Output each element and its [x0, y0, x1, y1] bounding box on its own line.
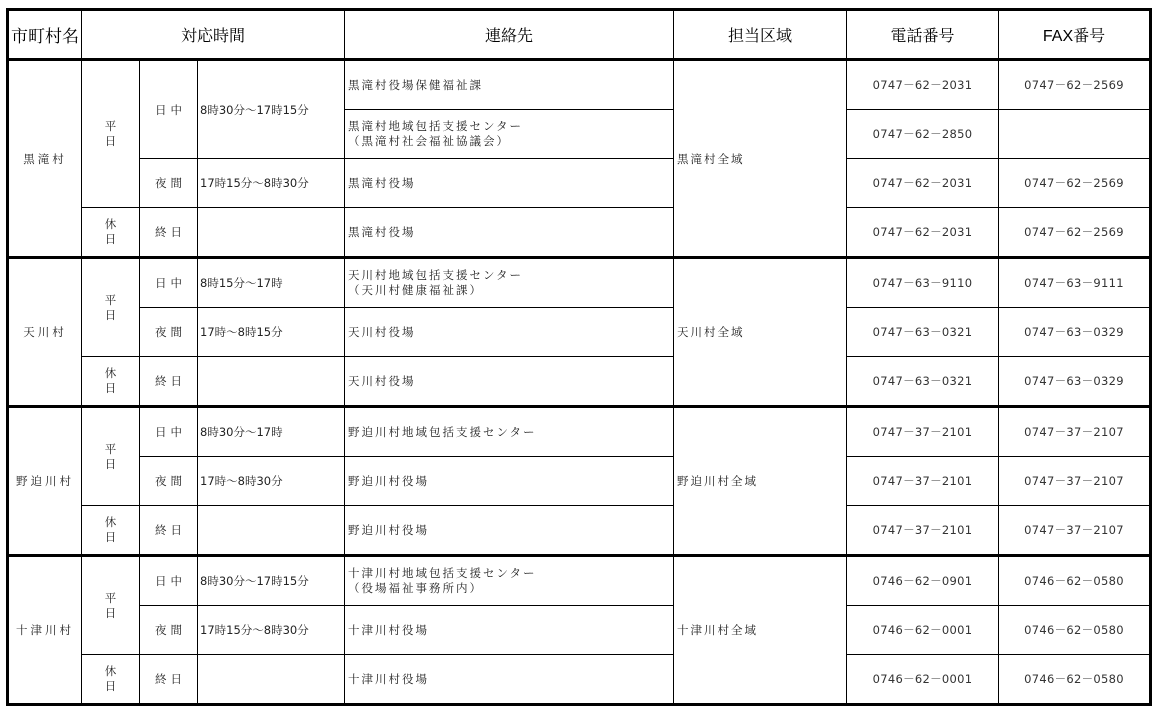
fax-cell: 0747－37－2107 — [999, 457, 1151, 506]
area-cell: 野迫川村全域 — [674, 407, 847, 556]
period-cell: 終日 — [140, 655, 198, 705]
fax-cell: 0747－62－2569 — [999, 159, 1151, 208]
phone-cell: 0747－63－0321 — [847, 357, 999, 407]
day-type-holiday: 休 日 — [82, 208, 140, 258]
hours-cell: 8時30分～17時15分 — [198, 60, 345, 159]
table-row: 休 日 終日 十津川村役場 0746－62－0001 0746－62－0580 — [8, 655, 1151, 705]
contact-cell: 野迫川村役場 — [345, 457, 674, 506]
table-row: 夜間 17時～8時15分 天川村役場 0747－63－0321 0747－63－… — [8, 308, 1151, 357]
day-type-char: 休 — [82, 217, 139, 232]
phone-cell: 0746－62－0001 — [847, 655, 999, 705]
period-cell: 夜間 — [140, 159, 198, 208]
day-type-char: 日 — [82, 606, 139, 621]
fax-cell: 0747－37－2107 — [999, 407, 1151, 457]
hours-cell — [198, 506, 345, 556]
period-cell: 終日 — [140, 357, 198, 407]
contact-line: 野迫川村役場 — [348, 523, 673, 538]
table-row: 夜間 17時～8時30分 野迫川村役場 0747－37－2101 0747－37… — [8, 457, 1151, 506]
fax-cell: 0746－62－0580 — [999, 556, 1151, 606]
phone-cell: 0747－63－9110 — [847, 258, 999, 308]
fax-cell: 0747－37－2107 — [999, 506, 1151, 556]
table-row: 黒滝村 平 日 日中 8時30分～17時15分 黒滝村役場保健福祉課 黒滝村全域… — [8, 60, 1151, 110]
contact-line: 黒滝村役場 — [348, 176, 673, 191]
area-cell: 天川村全域 — [674, 258, 847, 407]
contact-cell: 野迫川村役場 — [345, 506, 674, 556]
period-cell: 日中 — [140, 60, 198, 159]
contact-line: （役場福祉事務所内） — [348, 581, 673, 596]
header-row: 市町村名 対応時間 連絡先 担当区域 電話番号 FAX番号 — [8, 10, 1151, 60]
period-cell: 夜間 — [140, 457, 198, 506]
hours-cell: 8時15分～17時 — [198, 258, 345, 308]
fax-cell — [999, 110, 1151, 159]
period-cell: 終日 — [140, 506, 198, 556]
contact-line: 黒滝村地域包括支援センター — [348, 119, 673, 134]
contact-line: 野迫川村役場 — [348, 474, 673, 489]
hours-cell: 8時30分～17時 — [198, 407, 345, 457]
contact-line: 十津川村地域包括支援センター — [348, 566, 673, 581]
contact-line: （黒滝村社会福祉協議会） — [348, 134, 673, 149]
day-type-char: 日 — [82, 134, 139, 149]
contact-cell: 十津川村役場 — [345, 606, 674, 655]
fax-cell: 0746－62－0580 — [999, 655, 1151, 705]
day-type-char: 日 — [82, 232, 139, 247]
table-row: 野迫川村 平 日 日中 8時30分～17時 野迫川村地域包括支援センター 野迫川… — [8, 407, 1151, 457]
header-hours: 対応時間 — [82, 10, 345, 60]
fax-cell: 0747－62－2569 — [999, 60, 1151, 110]
fax-cell: 0747－63－0329 — [999, 357, 1151, 407]
contact-line: 野迫川村地域包括支援センター — [348, 425, 673, 440]
day-type-char: 平 — [82, 119, 139, 134]
contact-directory-table: 市町村名 対応時間 連絡先 担当区域 電話番号 FAX番号 黒滝村 平 日 日中… — [6, 8, 1152, 706]
table-row: 休 日 終日 天川村役場 0747－63－0321 0747－63－0329 — [8, 357, 1151, 407]
contact-cell: 天川村地域包括支援センター （天川村健康福祉課） — [345, 258, 674, 308]
day-type-weekday: 平 日 — [82, 60, 140, 208]
contact-cell: 黒滝村地域包括支援センター （黒滝村社会福祉協議会） — [345, 110, 674, 159]
period-cell: 日中 — [140, 556, 198, 606]
contact-cell: 黒滝村役場 — [345, 159, 674, 208]
contact-cell: 天川村役場 — [345, 308, 674, 357]
phone-cell: 0747－37－2101 — [847, 457, 999, 506]
municipality-cell: 天川村 — [8, 258, 82, 407]
fax-cell: 0747－62－2569 — [999, 208, 1151, 258]
fax-cell: 0746－62－0580 — [999, 606, 1151, 655]
day-type-char: 日 — [82, 457, 139, 472]
phone-cell: 0746－62－0001 — [847, 606, 999, 655]
phone-cell: 0747－37－2101 — [847, 407, 999, 457]
contact-cell: 十津川村役場 — [345, 655, 674, 705]
contact-line: 十津川村役場 — [348, 623, 673, 638]
municipality-cell: 黒滝村 — [8, 60, 82, 258]
phone-cell: 0747－62－2031 — [847, 159, 999, 208]
day-type-char: 平 — [82, 293, 139, 308]
day-type-weekday: 平 日 — [82, 556, 140, 655]
phone-cell: 0746－62－0901 — [847, 556, 999, 606]
contact-line: 十津川村役場 — [348, 672, 673, 687]
day-type-holiday: 休 日 — [82, 506, 140, 556]
period-cell: 終日 — [140, 208, 198, 258]
day-type-char: 休 — [82, 515, 139, 530]
contact-line: 天川村役場 — [348, 374, 673, 389]
contact-cell: 黒滝村役場保健福祉課 — [345, 60, 674, 110]
day-type-holiday: 休 日 — [82, 655, 140, 705]
day-type-char: 平 — [82, 442, 139, 457]
day-type-char: 休 — [82, 664, 139, 679]
phone-cell: 0747－63－0321 — [847, 308, 999, 357]
header-phone: 電話番号 — [847, 10, 999, 60]
fax-cell: 0747－63－0329 — [999, 308, 1151, 357]
phone-cell: 0747－62－2850 — [847, 110, 999, 159]
hours-cell — [198, 208, 345, 258]
hours-cell: 17時15分～8時30分 — [198, 606, 345, 655]
contact-cell: 黒滝村役場 — [345, 208, 674, 258]
table-row: 十津川村 平 日 日中 8時30分～17時15分 十津川村地域包括支援センター … — [8, 556, 1151, 606]
table-row: 天川村 平 日 日中 8時15分～17時 天川村地域包括支援センター （天川村健… — [8, 258, 1151, 308]
day-type-weekday: 平 日 — [82, 407, 140, 506]
municipality-cell: 野迫川村 — [8, 407, 82, 556]
header-municipality: 市町村名 — [8, 10, 82, 60]
municipality-cell: 十津川村 — [8, 556, 82, 705]
day-type-weekday: 平 日 — [82, 258, 140, 357]
contact-line: 黒滝村役場保健福祉課 — [348, 78, 673, 93]
contact-line: 天川村地域包括支援センター — [348, 268, 673, 283]
area-cell: 黒滝村全域 — [674, 60, 847, 258]
period-cell: 日中 — [140, 258, 198, 308]
day-type-char: 日 — [82, 530, 139, 545]
header-contact: 連絡先 — [345, 10, 674, 60]
day-type-char: 日 — [82, 679, 139, 694]
contact-line: （天川村健康福祉課） — [348, 283, 673, 298]
day-type-char: 休 — [82, 366, 139, 381]
table-row: 夜間 17時15分～8時30分 黒滝村役場 0747－62－2031 0747－… — [8, 159, 1151, 208]
hours-cell: 17時～8時15分 — [198, 308, 345, 357]
table-row: 夜間 17時15分～8時30分 十津川村役場 0746－62－0001 0746… — [8, 606, 1151, 655]
contact-line: 黒滝村役場 — [348, 225, 673, 240]
hours-cell: 17時～8時30分 — [198, 457, 345, 506]
day-type-char: 平 — [82, 591, 139, 606]
hours-cell: 17時15分～8時30分 — [198, 159, 345, 208]
day-type-char: 日 — [82, 308, 139, 323]
contact-cell: 野迫川村地域包括支援センター — [345, 407, 674, 457]
area-cell: 十津川村全域 — [674, 556, 847, 705]
hours-cell — [198, 655, 345, 705]
phone-cell: 0747－62－2031 — [847, 208, 999, 258]
hours-cell — [198, 357, 345, 407]
period-cell: 日中 — [140, 407, 198, 457]
phone-cell: 0747－37－2101 — [847, 506, 999, 556]
header-area: 担当区域 — [674, 10, 847, 60]
hours-cell: 8時30分～17時15分 — [198, 556, 345, 606]
table-row: 休 日 終日 黒滝村役場 0747－62－2031 0747－62－2569 — [8, 208, 1151, 258]
day-type-holiday: 休 日 — [82, 357, 140, 407]
phone-cell: 0747－62－2031 — [847, 60, 999, 110]
period-cell: 夜間 — [140, 308, 198, 357]
contact-cell: 天川村役場 — [345, 357, 674, 407]
fax-cell: 0747－63－9111 — [999, 258, 1151, 308]
header-fax: FAX番号 — [999, 10, 1151, 60]
contact-cell: 十津川村地域包括支援センター （役場福祉事務所内） — [345, 556, 674, 606]
day-type-char: 日 — [82, 381, 139, 396]
table-row: 休 日 終日 野迫川村役場 0747－37－2101 0747－37－2107 — [8, 506, 1151, 556]
contact-line: 天川村役場 — [348, 325, 673, 340]
period-cell: 夜間 — [140, 606, 198, 655]
